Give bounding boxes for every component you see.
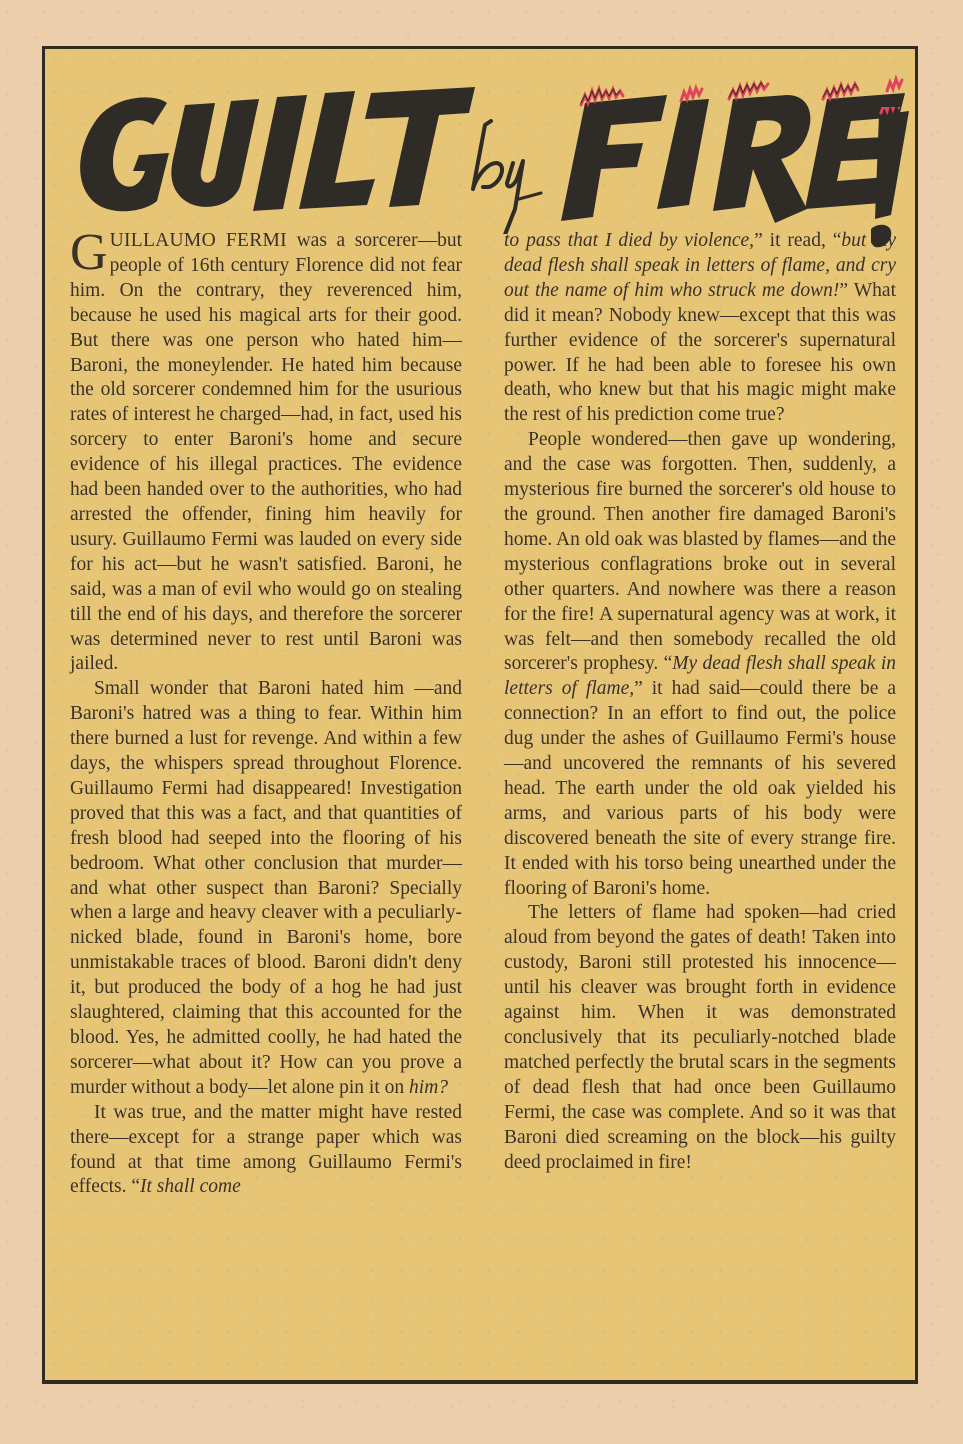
flame-icon: [681, 88, 702, 101]
paragraph-4-text: People wondered—then gave up wondering, …: [504, 429, 896, 674]
paragraph-2: Small wonder that Baroni hated him —and …: [70, 677, 462, 1100]
title-letter-u: [171, 99, 259, 207]
title-lettering: [45, 59, 915, 234]
title-word-by: [473, 121, 523, 234]
flame-icon: [729, 83, 768, 99]
paragraph-3-start: It was true, and the matter might have r…: [70, 1101, 462, 1201]
story-columns: GUILLAUMO FERMI was a sorcerer—but peopl…: [70, 229, 896, 1200]
paragraph-4-text-2: ” it had said—could there be a connectio…: [504, 678, 896, 898]
title-exclamation: [871, 107, 915, 257]
story-panel: GUILT by FIRE!: [42, 46, 918, 1384]
prophecy-quote-1: to pass that I died by violence,: [504, 230, 754, 251]
paragraph-1: GUILLAUMO FERMI was a sorcerer—but peopl…: [70, 229, 462, 677]
right-column: to pass that I died by violence,” it rea…: [504, 229, 896, 1200]
paragraph-1-text: was a sorcerer—but people of 16th centur…: [70, 230, 462, 674]
paragraph-3-continued: to pass that I died by violence,” it rea…: [504, 229, 896, 428]
drop-cap: G: [70, 233, 108, 273]
title-letter-f: [561, 95, 667, 221]
paragraph-3b-text: ” it read, “: [754, 230, 841, 251]
paragraph-3a-italic: It shall come: [140, 1176, 241, 1197]
title-letter-t: [365, 87, 475, 207]
paragraph-2-text: Small wonder that Baroni hated him —and …: [70, 678, 462, 1098]
opening-caps: UILLAUMO FERMI: [110, 230, 287, 251]
story-title: GUILT by FIRE!: [45, 59, 915, 229]
paragraph-4: People wondered—then gave up wondering, …: [504, 428, 896, 901]
paragraph-3a-text: It was true, and the matter might have r…: [70, 1102, 462, 1198]
paragraph-3b-text-2: ” What did it mean? Nobody knew—except t…: [504, 280, 896, 426]
title-letter-g: [80, 97, 169, 211]
title-letter-i: [253, 95, 307, 211]
left-column: GUILLAUMO FERMI was a sorcerer—but peopl…: [70, 229, 462, 1200]
paragraph-5-text: The letters of flame had spoken—had crie…: [504, 902, 896, 1172]
paragraph-5: The letters of flame had spoken—had crie…: [504, 901, 896, 1175]
title-letter-l: [299, 91, 375, 209]
title-letter-r: [713, 95, 810, 223]
title-letter-i2: [657, 99, 709, 209]
paragraph-2-italic: him?: [409, 1077, 448, 1098]
